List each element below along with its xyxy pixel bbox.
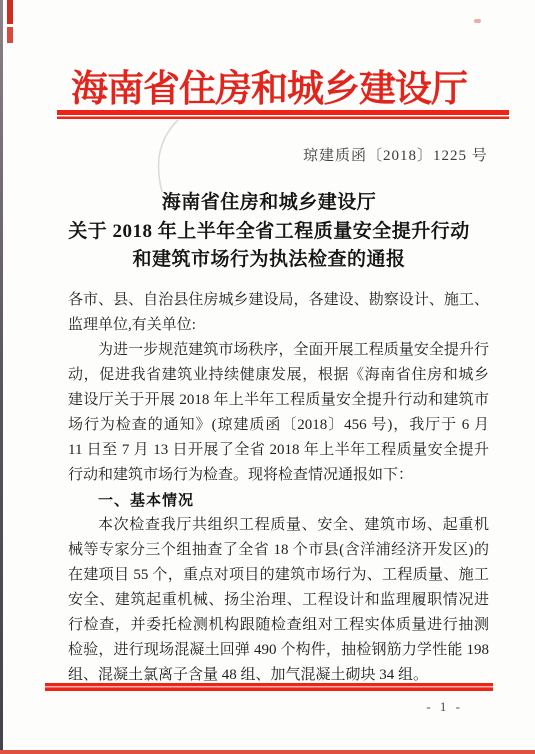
- page-number: - 1 -: [426, 699, 463, 715]
- body-line-10: 本次检查我厅共组织工程质量、安全、建筑市场、起重机: [68, 513, 489, 538]
- document-title: 海南省住房和城乡建设厅 关于 2018 年上半年全省工程质量安全提升行动 和建筑…: [3, 189, 535, 275]
- section-heading: 一、基本情况: [68, 488, 489, 513]
- body-line-11: 械等专家分三个组抽查了全省 18 个市县(含洋浦经济开发区)的: [68, 538, 489, 563]
- scan-scratch-artifact: [148, 116, 188, 196]
- scan-edge-left: [0, 0, 3, 754]
- footer-rule: [45, 683, 493, 691]
- body-line-12: 在建项目 55 个，重点对项目的建筑市场行为、工程质量、施工: [68, 563, 489, 588]
- body-line-13: 安全、建筑起重机械、扬尘治理、工程设计和监理履职情况进: [68, 588, 489, 613]
- body-line-6: 场行为检查的通知》(琼建质函〔2018〕456 号)，我厅于 6 月: [68, 413, 489, 438]
- title-line-1: 海南省住房和城乡建设厅: [3, 189, 535, 218]
- registration-mark-top-left: [7, 27, 13, 43]
- document-number: 琼建质函〔2018〕1225 号: [303, 144, 488, 165]
- body-line-5: 建设厅关于开展 2018 年上半年工程质量安全提升行动和建筑市: [68, 388, 489, 413]
- scan-edge-bottom: [0, 750, 535, 754]
- body-line-14: 行检查，并委托检测机构跟随检查组对工程实体质量进行抽测: [68, 613, 489, 638]
- document-page: 海南省住房和城乡建设厅 琼建质函〔2018〕1225 号 海南省住房和城乡建设厅…: [0, 0, 535, 754]
- body-line-1: 各市、县、自治县住房城乡建设局，各建设、勘察设计、施工、: [68, 288, 489, 313]
- title-line-3: 和建筑市场行为执法检查的通报: [3, 246, 535, 275]
- agency-masthead: 海南省住房和城乡建设厅: [3, 58, 535, 112]
- body-line-2: 监理单位,有关单位:: [68, 313, 489, 338]
- body-line-4: 动，促进我省建筑业持续健康发展，根据《海南省住房和城乡: [68, 363, 489, 388]
- body-line-7: 11 日至 7 月 13 日开展了全省 2018 年上半年工程质量安全提升: [68, 438, 489, 463]
- red-speck-top-right: [474, 19, 481, 23]
- document-body: 各市、县、自治县住房城乡建设局，各建设、勘察设计、施工、 监理单位,有关单位: …: [68, 288, 489, 688]
- body-line-8: 行动和建筑市场行为检查。现将检查情况通报如下：: [68, 463, 489, 488]
- title-line-2: 关于 2018 年上半年全省工程质量安全提升行动: [3, 218, 535, 247]
- registration-mark-top-left: [7, 0, 13, 24]
- masthead-rule: [57, 110, 509, 119]
- body-line-3: 为进一步规范建筑市场秩序，全面开展工程质量安全提升行: [68, 338, 489, 363]
- body-line-15: 检验，进行现场混凝土回弹 490 个构件，抽检钢筋力学性能 198: [68, 638, 489, 663]
